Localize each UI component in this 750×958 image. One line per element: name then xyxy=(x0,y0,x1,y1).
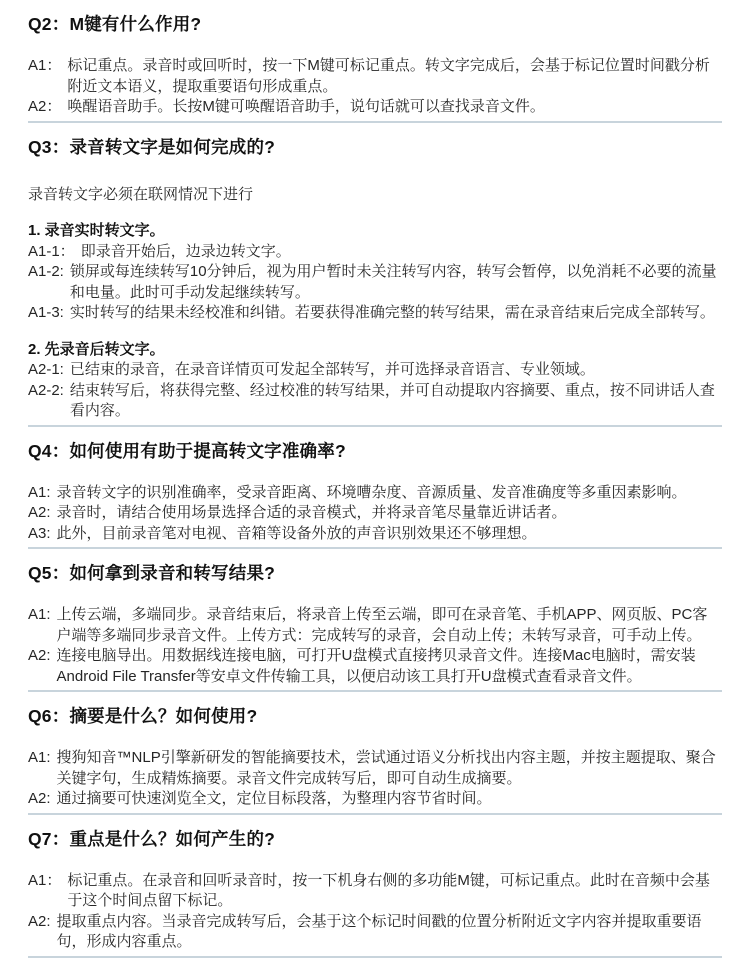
question-heading: Q5：如何拿到录音和转写结果? xyxy=(28,563,722,583)
faq-section-q6: Q6：摘要是什么？如何使用? A1: 搜狗知音™NLP引擎新研发的智能摘要技术，… xyxy=(28,706,722,815)
intro-note: 录音转文字必须在联网情况下进行 xyxy=(28,185,722,206)
answer-text: 即录音开始后，边录边转文字。 xyxy=(81,242,722,263)
subsection-title: 1. 录音实时转文字。 xyxy=(28,221,722,242)
answer-label: A1： xyxy=(28,871,61,892)
answer-text: 搜狗知音™NLP引擎新研发的智能摘要技术，尝试通过语义分析找出内容主题，并按主题… xyxy=(57,748,722,789)
answer-row: A1: 上传云端，多端同步。录音结束后，将录音上传至云端，即可在录音笔、手机AP… xyxy=(28,605,722,646)
answer-label: A2: xyxy=(28,912,51,933)
question-heading: Q7：重点是什么？如何产生的? xyxy=(28,829,722,849)
answer-label: A1-1： xyxy=(28,242,75,263)
answer-row: A1： 标记重点。在录音和回听录音时，按一下机身右侧的多功能M键，可标记重点。此… xyxy=(28,871,722,912)
answer-label: A1： xyxy=(28,56,61,77)
answer-row: A1: 录音转文字的识别准确率，受录音距离、环境嘈杂度、音源质量、发音准确度等多… xyxy=(28,483,722,504)
answer-row: A1: 搜狗知音™NLP引擎新研发的智能摘要技术，尝试通过语义分析找出内容主题，… xyxy=(28,748,722,789)
answer-label: A2-1: xyxy=(28,360,64,381)
answer-label: A2-2: xyxy=(28,381,64,402)
faq-section-q7: Q7：重点是什么？如何产生的? A1： 标记重点。在录音和回听录音时，按一下机身… xyxy=(28,829,722,958)
answer-text: 唤醒语音助手。长按M键可唤醒语音助手，说句话就可以查找录音文件。 xyxy=(67,97,722,118)
answer-label: A2: xyxy=(28,646,51,667)
answer-label: A1-3: xyxy=(28,303,64,324)
answer-text: 录音时，请结合使用场景选择合适的录音模式，并将录音笔尽量靠近讲话者。 xyxy=(57,503,722,524)
answer-list: A1: 录音转文字的识别准确率，受录音距离、环境嘈杂度、音源质量、发音准确度等多… xyxy=(28,483,722,545)
question-heading: Q4：如何使用有助于提高转文字准确率? xyxy=(28,441,722,461)
answer-row: A1-2: 锁屏或每连续转写10分钟后，视为用户暂时未关注转写内容，转写会暂停，… xyxy=(28,262,722,303)
faq-section-q3: Q3：录音转文字是如何完成的? 录音转文字必须在联网情况下进行 1. 录音实时转… xyxy=(28,137,722,427)
faq-document: Q2：M键有什么作用? A1： 标记重点。录音时或回听时，按一下M键可标记重点。… xyxy=(0,0,750,958)
answer-row: A1-1： 即录音开始后，边录边转文字。 xyxy=(28,242,722,263)
answer-text: 提取重点内容。当录音完成转写后，会基于这个标记时间戳的位置分析附近文字内容并提取… xyxy=(57,912,722,953)
faq-section-q4: Q4：如何使用有助于提高转文字准确率? A1: 录音转文字的识别准确率，受录音距… xyxy=(28,441,722,550)
answer-text: 标记重点。录音时或回听时，按一下M键可标记重点。转文字完成后，会基于标记位置时间… xyxy=(67,56,722,97)
faq-section-q5: Q5：如何拿到录音和转写结果? A1: 上传云端，多端同步。录音结束后，将录音上… xyxy=(28,563,722,692)
answer-text: 上传云端，多端同步。录音结束后，将录音上传至云端，即可在录音笔、手机APP、网页… xyxy=(57,605,722,646)
answer-row: A1-3: 实时转写的结果未经校准和纠错。若要获得准确完整的转写结果，需在录音结… xyxy=(28,303,722,324)
answer-row: A1： 标记重点。录音时或回听时，按一下M键可标记重点。转文字完成后，会基于标记… xyxy=(28,56,722,97)
answer-row: A2: 通过摘要可快速浏览全文，定位目标段落，为整理内容节省时间。 xyxy=(28,789,722,810)
answer-label: A1: xyxy=(28,483,51,504)
answer-text: 连接电脑导出。用数据线连接电脑，可打开U盘模式直接拷贝录音文件。连接Mac电脑时… xyxy=(57,646,722,687)
question-heading: Q2：M键有什么作用? xyxy=(28,14,722,34)
answer-list: A1: 上传云端，多端同步。录音结束后，将录音上传至云端，即可在录音笔、手机AP… xyxy=(28,605,722,687)
answer-label: A1: xyxy=(28,748,51,769)
answer-text: 锁屏或每连续转写10分钟后，视为用户暂时未关注转写内容，转写会暂停，以免消耗不必… xyxy=(70,262,722,303)
answer-label: A1-2: xyxy=(28,262,64,283)
answer-text: 标记重点。在录音和回听录音时，按一下机身右侧的多功能M键，可标记重点。此时在音频… xyxy=(67,871,722,912)
answer-row: A2： 唤醒语音助手。长按M键可唤醒语音助手，说句话就可以查找录音文件。 xyxy=(28,97,722,118)
answer-list: A2-1: 已结束的录音，在录音详情页可发起全部转写，并可选择录音语言、专业领域… xyxy=(28,360,722,422)
answer-list: A1-1： 即录音开始后，边录边转文字。 A1-2: 锁屏或每连续转写10分钟后… xyxy=(28,242,722,324)
answer-text: 已结束的录音，在录音详情页可发起全部转写，并可选择录音语言、专业领域。 xyxy=(70,360,722,381)
answer-list: A1: 搜狗知音™NLP引擎新研发的智能摘要技术，尝试通过语义分析找出内容主题，… xyxy=(28,748,722,810)
answer-list: A1： 标记重点。录音时或回听时，按一下M键可标记重点。转文字完成后，会基于标记… xyxy=(28,56,722,118)
answer-row: A3: 此外，目前录音笔对电视、音箱等设备外放的声音识别效果还不够理想。 xyxy=(28,524,722,545)
answer-label: A2: xyxy=(28,503,51,524)
answer-row: A2: 连接电脑导出。用数据线连接电脑，可打开U盘模式直接拷贝录音文件。连接Ma… xyxy=(28,646,722,687)
answer-label: A2： xyxy=(28,97,61,118)
answer-text: 结束转写后，将获得完整、经过校准的转写结果，并可自动提取内容摘要、重点，按不同讲… xyxy=(70,381,722,422)
answer-text: 实时转写的结果未经校准和纠错。若要获得准确完整的转写结果，需在录音结束后完成全部… xyxy=(70,303,722,324)
answer-list: A1： 标记重点。在录音和回听录音时，按一下机身右侧的多功能M键，可标记重点。此… xyxy=(28,871,722,953)
question-heading: Q6：摘要是什么？如何使用? xyxy=(28,706,722,726)
answer-label: A3: xyxy=(28,524,51,545)
answer-row: A2: 录音时，请结合使用场景选择合适的录音模式，并将录音笔尽量靠近讲话者。 xyxy=(28,503,722,524)
answer-text: 录音转文字的识别准确率，受录音距离、环境嘈杂度、音源质量、发音准确度等多重因素影… xyxy=(57,483,722,504)
answer-row: A2-2: 结束转写后，将获得完整、经过校准的转写结果，并可自动提取内容摘要、重… xyxy=(28,381,722,422)
answer-label: A2: xyxy=(28,789,51,810)
answer-text: 通过摘要可快速浏览全文，定位目标段落，为整理内容节省时间。 xyxy=(57,789,722,810)
answer-row: A2-1: 已结束的录音，在录音详情页可发起全部转写，并可选择录音语言、专业领域… xyxy=(28,360,722,381)
answer-row: A2: 提取重点内容。当录音完成转写后，会基于这个标记时间戳的位置分析附近文字内… xyxy=(28,912,722,953)
faq-section-q2: Q2：M键有什么作用? A1： 标记重点。录音时或回听时，按一下M键可标记重点。… xyxy=(28,14,722,123)
answer-label: A1: xyxy=(28,605,51,626)
answer-text: 此外，目前录音笔对电视、音箱等设备外放的声音识别效果还不够理想。 xyxy=(57,524,722,545)
question-heading: Q3：录音转文字是如何完成的? xyxy=(28,137,722,157)
subsection-title: 2. 先录音后转文字。 xyxy=(28,340,722,361)
